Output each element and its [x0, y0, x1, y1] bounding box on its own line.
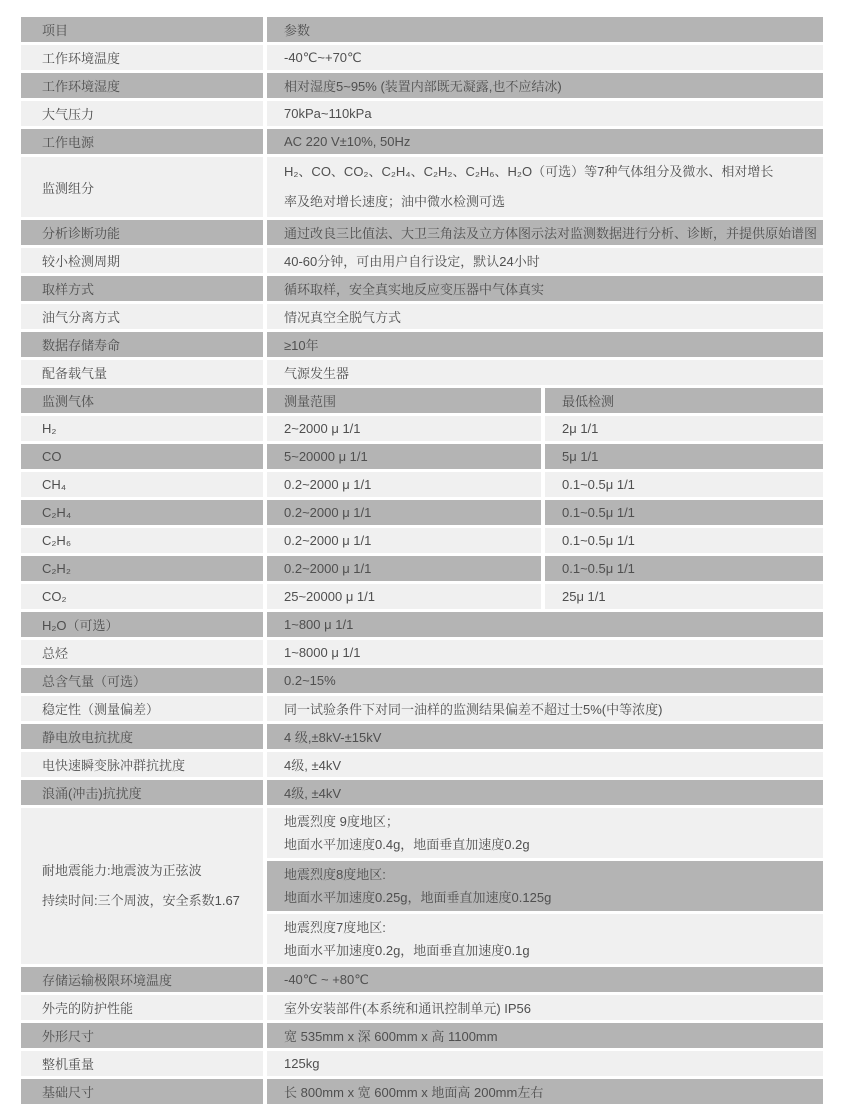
row-label: 大气压力 [21, 101, 263, 126]
row-value: 长 800mm x 宽 600mm x 地面高 200mm左右 [267, 1079, 823, 1104]
table-row: 外形尺寸宽 535mm x 深 600mm x 高 1100mm [21, 1023, 823, 1048]
row-value: 气源发生器 [267, 360, 823, 385]
row-value: 4 级,±8kV-±15kV [267, 724, 823, 749]
gas-name-cell: H₂ [21, 416, 263, 441]
gas-range-cell: 2~2000 μ 1/1 [267, 416, 541, 441]
seismic-sub-line: 地面水平加速度0.2g，地面垂直加速度0.1g [284, 939, 530, 962]
table-row: 外壳的防护性能室外安装部件(本系统和通讯控制单元) IP56 [21, 995, 823, 1020]
row-label: 基础尺寸 [21, 1079, 263, 1104]
row-value-line: H₂、CO、CO₂、C₂H₄、C₂H₂、C₂H₆、H₂O（可选）等7种气体组分及… [284, 157, 773, 187]
row-value: ≥10年 [267, 332, 823, 357]
row-value: 1~8000 μ 1/1 [267, 640, 823, 665]
table-row: 配备载气量气源发生器 [21, 360, 823, 385]
seismic-capability-row: 耐地震能力:地震波为正弦波持续时间:三个周波，安全系数1.67地震烈度 9度地区… [21, 808, 823, 964]
table-row: 静电放电抗扰度4 级,±8kV-±15kV [21, 724, 823, 749]
gas-table-row: C₂H₂0.2~2000 μ 1/10.1~0.5μ 1/1 [21, 556, 823, 581]
row-value-line: 率及绝对增长速度；油中微水检测可选 [284, 187, 505, 217]
gas-min-detect-cell: 0.1~0.5μ 1/1 [545, 556, 823, 581]
table-row: 基础尺寸长 800mm x 宽 600mm x 地面高 200mm左右 [21, 1079, 823, 1104]
row-label: 静电放电抗扰度 [21, 724, 263, 749]
row-label: 分析诊断功能 [21, 220, 263, 245]
seismic-label-line: 耐地震能力:地震波为正弦波 [42, 856, 202, 886]
row-value: 70kPa~110kPa [267, 101, 823, 126]
row-value: 通过改良三比值法、大卫三角法及立方体图示法对监测数据进行分析、诊断，并提供原始谱… [267, 220, 823, 245]
gas-min-detect-cell: 0.1~0.5μ 1/1 [545, 472, 823, 497]
row-value: H₂、CO、CO₂、C₂H₄、C₂H₂、C₂H₆、H₂O（可选）等7种气体组分及… [267, 157, 823, 217]
row-label: 存储运输极限环境温度 [21, 967, 263, 992]
table-row: 稳定性（测量偏差）同一试验条件下对同一油样的监测结果偏差不超过士5%(中等浓度) [21, 696, 823, 721]
seismic-sub-line: 地面水平加速度0.4g，地面垂直加速度0.2g [284, 833, 530, 856]
row-label: 工作环境湿度 [21, 73, 263, 98]
gas-range-cell: 0.2~2000 μ 1/1 [267, 472, 541, 497]
row-label: 稳定性（测量偏差） [21, 696, 263, 721]
row-value: 40-60分钟，可由用户自行设定，默认24小时 [267, 248, 823, 273]
row-label: 较小检测周期 [21, 248, 263, 273]
table-row: 电快速瞬变脉冲群抗扰度4级, ±4kV [21, 752, 823, 777]
row-label: 工作电源 [21, 129, 263, 154]
table-row: 总烃1~8000 μ 1/1 [21, 640, 823, 665]
gas-name-cell: CO₂ [21, 584, 263, 609]
row-value: 125kg [267, 1051, 823, 1076]
row-value: 0.2~15% [267, 668, 823, 693]
table-row: 总含气量（可选）0.2~15% [21, 668, 823, 693]
row-label: 外形尺寸 [21, 1023, 263, 1048]
table-row: H₂O（可选）1~800 μ 1/1 [21, 612, 823, 637]
row-label: 取样方式 [21, 276, 263, 301]
table-row: 工作电源AC 220 V±10%, 50Hz [21, 129, 823, 154]
table-row: 工作环境温度-40℃~+70℃ [21, 45, 823, 70]
table-row: 较小检测周期40-60分钟，可由用户自行设定，默认24小时 [21, 248, 823, 273]
gas-min-detect-cell: 5μ 1/1 [545, 444, 823, 469]
table-row: 数据存储寿命≥10年 [21, 332, 823, 357]
gas-name-cell: 监测气体 [21, 388, 263, 413]
seismic-sub-line: 地面水平加速度0.25g，地面垂直加速度0.125g [284, 886, 551, 909]
seismic-sub-line: 地震烈度7度地区: [284, 916, 386, 939]
row-value: -40℃~+70℃ [267, 45, 823, 70]
row-value: 室外安装部件(本系统和通讯控制单元) IP56 [267, 995, 823, 1020]
row-value: 相对湿度5~95% (装置内部既无凝露,也不应结冰) [267, 73, 823, 98]
gas-table-row: H₂2~2000 μ 1/12μ 1/1 [21, 416, 823, 441]
gas-range-cell: 测量范围 [267, 388, 541, 413]
table-row: 工作环境湿度相对湿度5~95% (装置内部既无凝露,也不应结冰) [21, 73, 823, 98]
gas-table-row: C₂H₄0.2~2000 μ 1/10.1~0.5μ 1/1 [21, 500, 823, 525]
row-label: 项目 [21, 17, 263, 42]
gas-min-detect-cell: 0.1~0.5μ 1/1 [545, 500, 823, 525]
table-row: 监测组分H₂、CO、CO₂、C₂H₄、C₂H₂、C₂H₆、H₂O（可选）等7种气… [21, 157, 823, 217]
gas-range-cell: 5~20000 μ 1/1 [267, 444, 541, 469]
table-row: 分析诊断功能通过改良三比值法、大卫三角法及立方体图示法对监测数据进行分析、诊断，… [21, 220, 823, 245]
gas-name-cell: CO [21, 444, 263, 469]
seismic-sub-row: 地震烈度 9度地区；地面水平加速度0.4g，地面垂直加速度0.2g [267, 808, 823, 858]
table-row: 油气分离方式情况真空全脱气方式 [21, 304, 823, 329]
row-value: 4级, ±4kV [267, 780, 823, 805]
row-value: AC 220 V±10%, 50Hz [267, 129, 823, 154]
table-row: 项目参数 [21, 17, 823, 42]
table-row: 取样方式循环取样，安全真实地反应变压器中气体真实 [21, 276, 823, 301]
gas-name-cell: CH₄ [21, 472, 263, 497]
table-row: 大气压力70kPa~110kPa [21, 101, 823, 126]
table-row: 浪涌(冲击)抗扰度4级, ±4kV [21, 780, 823, 805]
row-label: 外壳的防护性能 [21, 995, 263, 1020]
row-label: 配备载气量 [21, 360, 263, 385]
gas-min-detect-cell: 0.1~0.5μ 1/1 [545, 528, 823, 553]
row-value: 宽 535mm x 深 600mm x 高 1100mm [267, 1023, 823, 1048]
gas-name-cell: C₂H₄ [21, 500, 263, 525]
row-value: -40℃ ~ +80℃ [267, 967, 823, 992]
table-row: 整机重量125kg [21, 1051, 823, 1076]
row-label: 电快速瞬变脉冲群抗扰度 [21, 752, 263, 777]
spec-table: 项目参数工作环境温度-40℃~+70℃工作环境湿度相对湿度5~95% (装置内部… [21, 17, 823, 1104]
row-label: 油气分离方式 [21, 304, 263, 329]
row-label: 监测组分 [21, 157, 263, 217]
gas-range-cell: 0.2~2000 μ 1/1 [267, 556, 541, 581]
row-label: 工作环境温度 [21, 45, 263, 70]
row-value: 情况真空全脱气方式 [267, 304, 823, 329]
gas-table-row: CH₄0.2~2000 μ 1/10.1~0.5μ 1/1 [21, 472, 823, 497]
row-value: 同一试验条件下对同一油样的监测结果偏差不超过士5%(中等浓度) [267, 696, 823, 721]
row-label: 数据存储寿命 [21, 332, 263, 357]
row-value: 1~800 μ 1/1 [267, 612, 823, 637]
seismic-sub-line: 地震烈度 9度地区； [284, 810, 399, 833]
row-label: H₂O（可选） [21, 612, 263, 637]
row-label: 浪涌(冲击)抗扰度 [21, 780, 263, 805]
seismic-label-cell: 耐地震能力:地震波为正弦波持续时间:三个周波，安全系数1.67 [21, 808, 263, 964]
table-row: 存储运输极限环境温度-40℃ ~ +80℃ [21, 967, 823, 992]
seismic-label-line: 持续时间:三个周波，安全系数1.67 [42, 886, 240, 916]
gas-min-detect-cell: 最低检测 [545, 388, 823, 413]
seismic-sub-line: 地震烈度8度地区: [284, 863, 386, 886]
gas-min-detect-cell: 25μ 1/1 [545, 584, 823, 609]
gas-table-row: C₂H₆0.2~2000 μ 1/10.1~0.5μ 1/1 [21, 528, 823, 553]
gas-name-cell: C₂H₆ [21, 528, 263, 553]
seismic-sub-row: 地震烈度7度地区:地面水平加速度0.2g，地面垂直加速度0.1g [267, 914, 823, 964]
gas-table-row: CO5~20000 μ 1/15μ 1/1 [21, 444, 823, 469]
seismic-sub-rows: 地震烈度 9度地区；地面水平加速度0.4g，地面垂直加速度0.2g地震烈度8度地… [267, 808, 823, 964]
gas-table-row: CO₂25~20000 μ 1/125μ 1/1 [21, 584, 823, 609]
row-value: 4级, ±4kV [267, 752, 823, 777]
gas-table-row: 监测气体测量范围最低检测 [21, 388, 823, 413]
row-label: 整机重量 [21, 1051, 263, 1076]
row-value: 循环取样，安全真实地反应变压器中气体真实 [267, 276, 823, 301]
row-label: 总含气量（可选） [21, 668, 263, 693]
gas-range-cell: 0.2~2000 μ 1/1 [267, 500, 541, 525]
gas-name-cell: C₂H₂ [21, 556, 263, 581]
seismic-sub-row: 地震烈度8度地区:地面水平加速度0.25g，地面垂直加速度0.125g [267, 861, 823, 911]
row-value: 参数 [267, 17, 823, 42]
row-label: 总烃 [21, 640, 263, 665]
gas-range-cell: 0.2~2000 μ 1/1 [267, 528, 541, 553]
gas-min-detect-cell: 2μ 1/1 [545, 416, 823, 441]
gas-range-cell: 25~20000 μ 1/1 [267, 584, 541, 609]
